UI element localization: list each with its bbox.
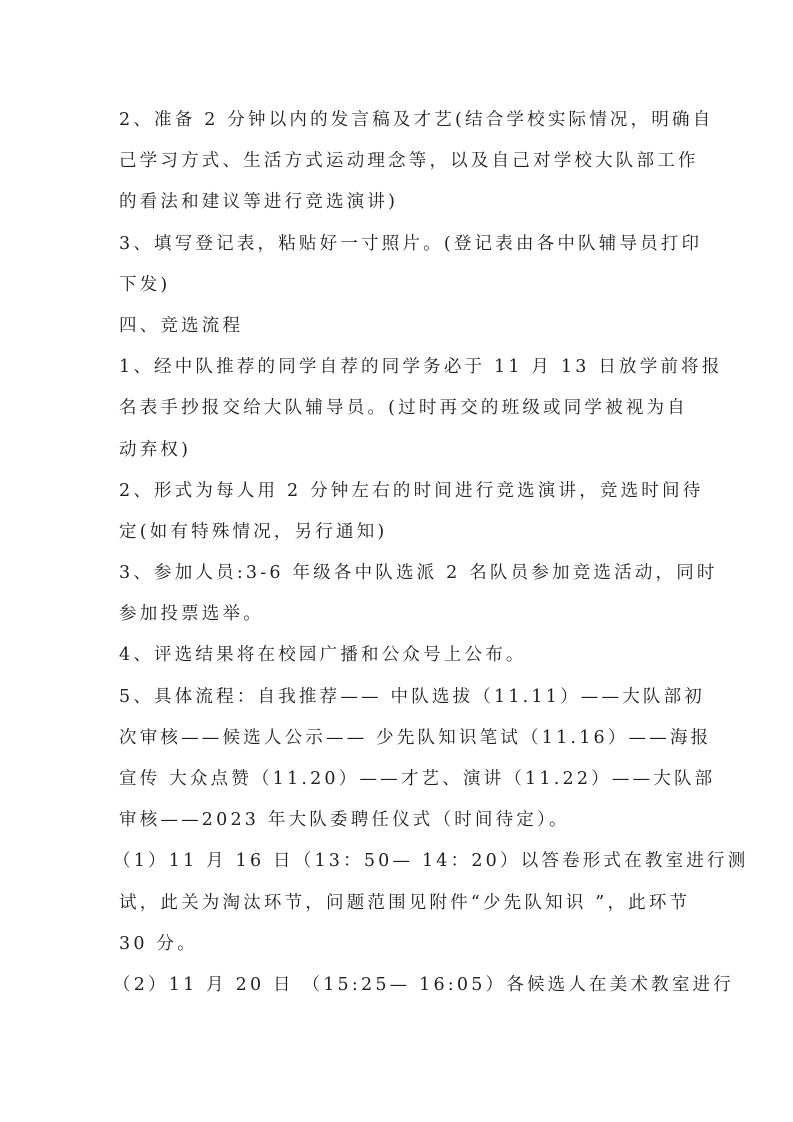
paragraph-flow-2: 2、形式为每人用 2 分钟左右的时间进行竞选演讲，竞选时间待 定(如有特殊情况，… bbox=[119, 477, 679, 559]
text-line: 2、准备 2 分钟以内的发言稿及才艺(结合学校实际情况，明确自 bbox=[119, 106, 679, 147]
text-line: 3、填写登记表，粘贴好一寸照片。(登记表由各中队辅导员打印 bbox=[119, 230, 679, 271]
text-line: 次审核——候选人公示—— 少先队知识笔试（11.16）——海报 bbox=[119, 724, 679, 765]
text-line: 4、评选结果将在校园广播和公众号上公布。 bbox=[119, 641, 679, 682]
section-heading: 四、竞选流程 bbox=[119, 312, 679, 353]
text-line: 名表手抄报交给大队辅导员。(过时再交的班级或同学被视为自 bbox=[119, 394, 679, 435]
text-line: 1、经中队推荐的同学自荐的同学务必于 11 月 13 日放学前将报 bbox=[119, 353, 679, 394]
text-line: 5、具体流程：自我推荐—— 中队选拔（11.11）——大队部初 bbox=[119, 683, 679, 724]
text-line: 审核——2023 年大队委聘任仪式（时间待定）。 bbox=[119, 806, 679, 847]
text-line: 下发) bbox=[119, 271, 679, 312]
text-line: 动弃权) bbox=[119, 436, 679, 477]
paragraph-prep-3: 3、填写登记表，粘贴好一寸照片。(登记表由各中队辅导员打印 下发) bbox=[119, 230, 679, 312]
paragraph-flow-1: 1、经中队推荐的同学自荐的同学务必于 11 月 13 日放学前将报 名表手抄报交… bbox=[119, 353, 679, 477]
paragraph-flow-5-sub-1: （1）11 月 16 日（13：50— 14：20）以答卷形式在教室进行测 试，… bbox=[119, 847, 679, 971]
text-line: 试，此关为淘汰环节，问题范围见附件“少先队知识 ”，此环节 bbox=[119, 889, 679, 930]
paragraph-flow-4: 4、评选结果将在校园广播和公众号上公布。 bbox=[119, 641, 679, 682]
text-line: 2、形式为每人用 2 分钟左右的时间进行竞选演讲，竞选时间待 bbox=[119, 477, 679, 518]
text-line: 己学习方式、生活方式运动理念等，以及自己对学校大队部工作 bbox=[119, 147, 679, 188]
section-heading-competition-process: 四、竞选流程 bbox=[119, 312, 679, 353]
text-line: 30 分。 bbox=[119, 930, 679, 971]
paragraph-flow-5-sub-2: （2）11 月 20 日 （15:25— 16:05）各候选人在美术教室进行 bbox=[119, 971, 679, 1012]
text-line: 3、参加人员:3-6 年级各中队选派 2 名队员参加竞选活动，同时 bbox=[119, 559, 679, 600]
paragraph-flow-5: 5、具体流程：自我推荐—— 中队选拔（11.11）——大队部初 次审核——候选人… bbox=[119, 683, 679, 848]
text-line: 的看法和建议等进行竞选演讲) bbox=[119, 188, 679, 229]
text-line: （2）11 月 20 日 （15:25— 16:05）各候选人在美术教室进行 bbox=[113, 971, 679, 1012]
document-body: 2、准备 2 分钟以内的发言稿及才艺(结合学校实际情况，明确自 己学习方式、生活… bbox=[119, 106, 679, 1012]
paragraph-prep-2: 2、准备 2 分钟以内的发言稿及才艺(结合学校实际情况，明确自 己学习方式、生活… bbox=[119, 106, 679, 230]
paragraph-flow-3: 3、参加人员:3-6 年级各中队选派 2 名队员参加竞选活动，同时 参加投票选举… bbox=[119, 559, 679, 641]
text-line: 宣传 大众点赞（11.20）——才艺、演讲（11.22）——大队部 bbox=[119, 765, 679, 806]
text-line: 定(如有特殊情况，另行通知) bbox=[119, 518, 679, 559]
text-line: （1）11 月 16 日（13：50— 14：20）以答卷形式在教室进行测 bbox=[113, 847, 679, 888]
text-line: 参加投票选举。 bbox=[119, 600, 679, 641]
document-page: 2、准备 2 分钟以内的发言稿及才艺(结合学校实际情况，明确自 己学习方式、生活… bbox=[0, 0, 793, 1122]
